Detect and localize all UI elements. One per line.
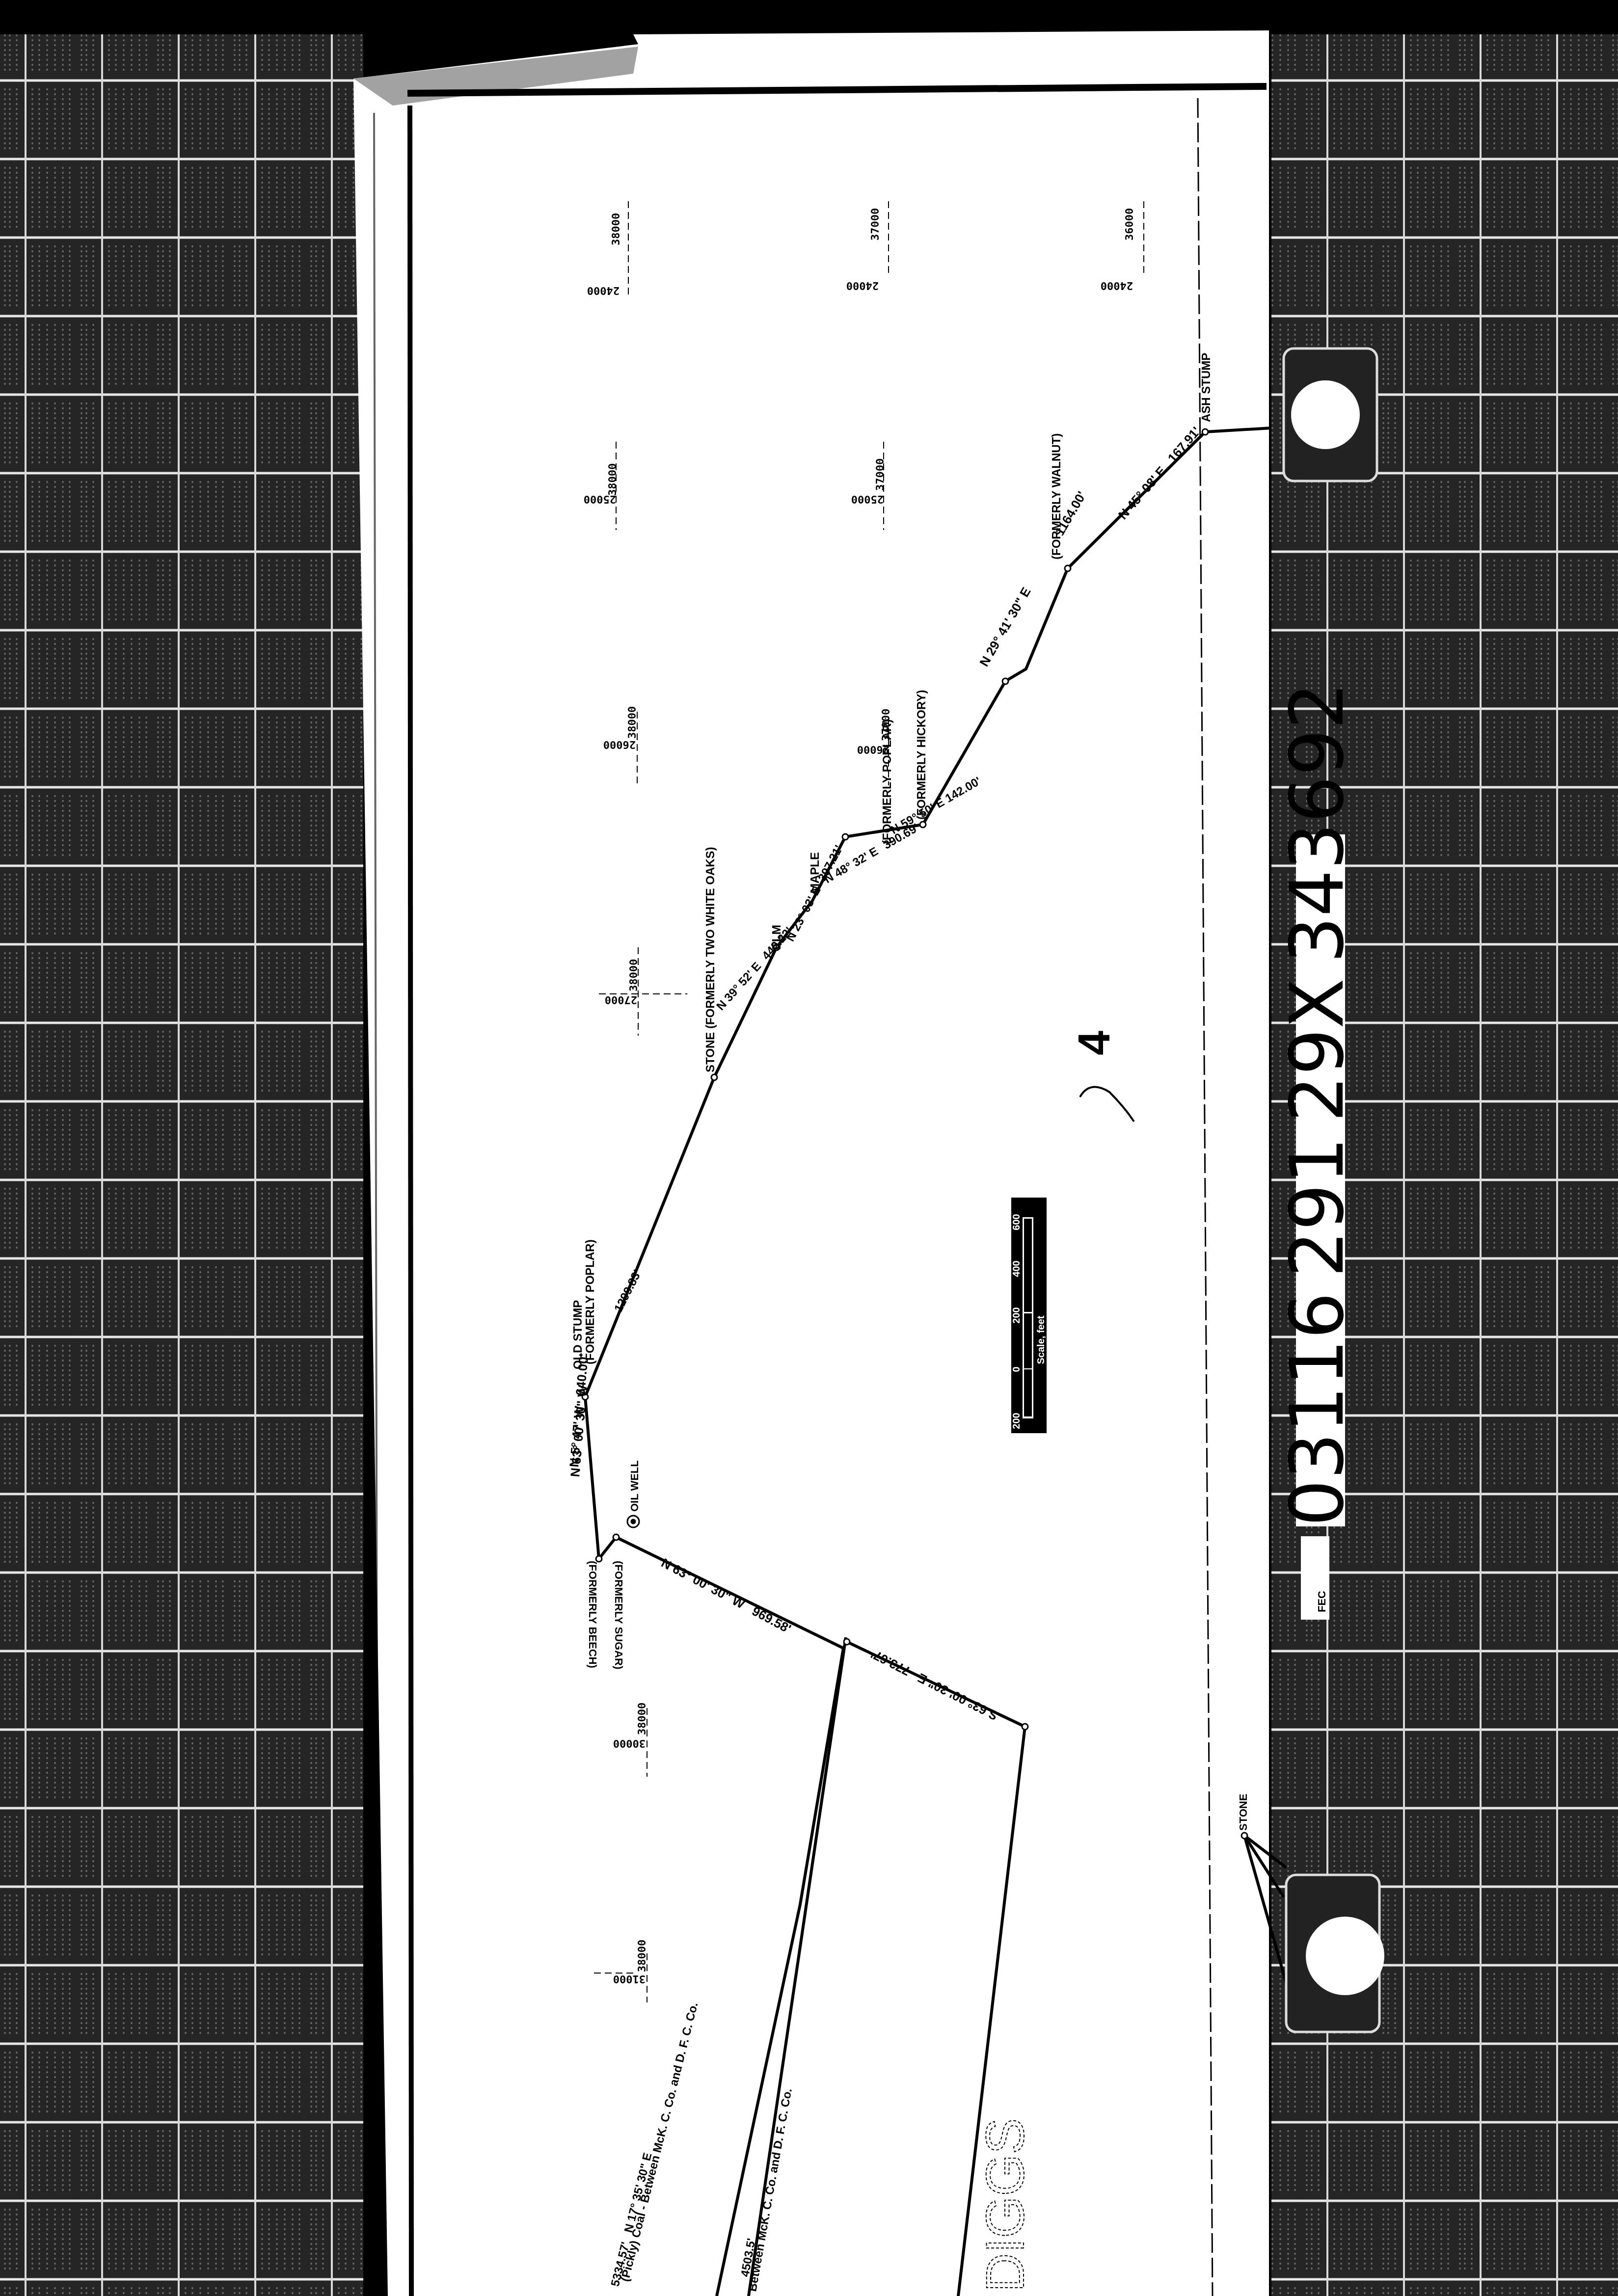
grid-label: 36000 xyxy=(1124,208,1136,240)
clip-icon xyxy=(1306,1917,1384,1995)
grid-label: 38000 xyxy=(607,463,619,496)
grid-label: 37000 xyxy=(874,458,887,491)
grid-label: 38000 xyxy=(628,959,640,991)
hickory-label: (FORMERLY HICKORY) xyxy=(915,690,928,820)
grid-label: 38000 xyxy=(626,706,639,739)
scale-tick: 0 xyxy=(1011,1366,1022,1372)
sugar-label: (FORMERLY SUGAR) xyxy=(613,1561,625,1669)
beech-label: (FORMERLY BEECH) xyxy=(587,1561,599,1668)
scale-tick: 600 xyxy=(1011,1214,1022,1230)
tract-number: 4 xyxy=(1070,1031,1119,1055)
ash-stump-label: ASH STUMP xyxy=(1200,353,1213,422)
maple-label: MAPLE xyxy=(809,852,822,893)
border-left xyxy=(410,106,411,2296)
grid-label: 27000 xyxy=(605,993,637,1006)
old-stump-label: OLD STUMP xyxy=(571,1300,585,1369)
survey-map-scan: 38000 24000 37000 24000 36000 24000 3800… xyxy=(0,0,1618,2296)
film-prefix: FEC xyxy=(1316,1591,1328,1612)
grid-label: 31000 xyxy=(613,1973,646,1985)
grid-label: 38000 xyxy=(610,213,622,245)
film-id-label: FEC 0311629129X343692 xyxy=(1275,682,1360,1620)
grid-label: 37000 xyxy=(869,208,882,240)
grid-label: 30000 xyxy=(613,1737,646,1749)
clip-icon xyxy=(1291,380,1360,449)
grid-label: 25000 xyxy=(584,493,616,505)
stone-label: STONE xyxy=(1237,1794,1249,1831)
scale-bar: 600 400 200 0 200 Scale, feet xyxy=(1011,1198,1047,1433)
lightbox-left xyxy=(0,0,363,2296)
elm-label: ELM xyxy=(770,925,783,950)
scale-tick: 200 xyxy=(1011,1413,1022,1429)
walnut-label: (FORMERLY WALNUT) xyxy=(1050,433,1063,560)
grid-label: 24000 xyxy=(587,284,620,296)
faded-stamp: DIGGS xyxy=(975,2118,1035,2293)
grid-label: 25000 xyxy=(851,493,884,505)
poplar2-label: (FORMERLY POPLAR) xyxy=(584,1239,597,1364)
grid-label: 24000 xyxy=(846,279,879,292)
grid-label: 38000 xyxy=(636,1703,648,1735)
grid-label: 38000 xyxy=(636,1940,648,1972)
oil-well-label: OIL WELL xyxy=(628,1460,641,1512)
film-id-text: 0311629129X343692 xyxy=(1275,682,1360,1526)
stone-oaks-label: STONE (FORMERLY TWO WHITE OAKS) xyxy=(704,847,717,1072)
poplar-label: (FORMERLY POPLAR) xyxy=(881,719,894,844)
scale-tick: 200 xyxy=(1011,1307,1022,1323)
scale-title: Scale, feet xyxy=(1036,1315,1047,1364)
grid-label: 24000 xyxy=(1101,279,1133,292)
paper-sheet xyxy=(353,30,1269,2296)
scale-tick: 400 xyxy=(1011,1260,1022,1277)
grid-label: 26000 xyxy=(603,738,636,750)
